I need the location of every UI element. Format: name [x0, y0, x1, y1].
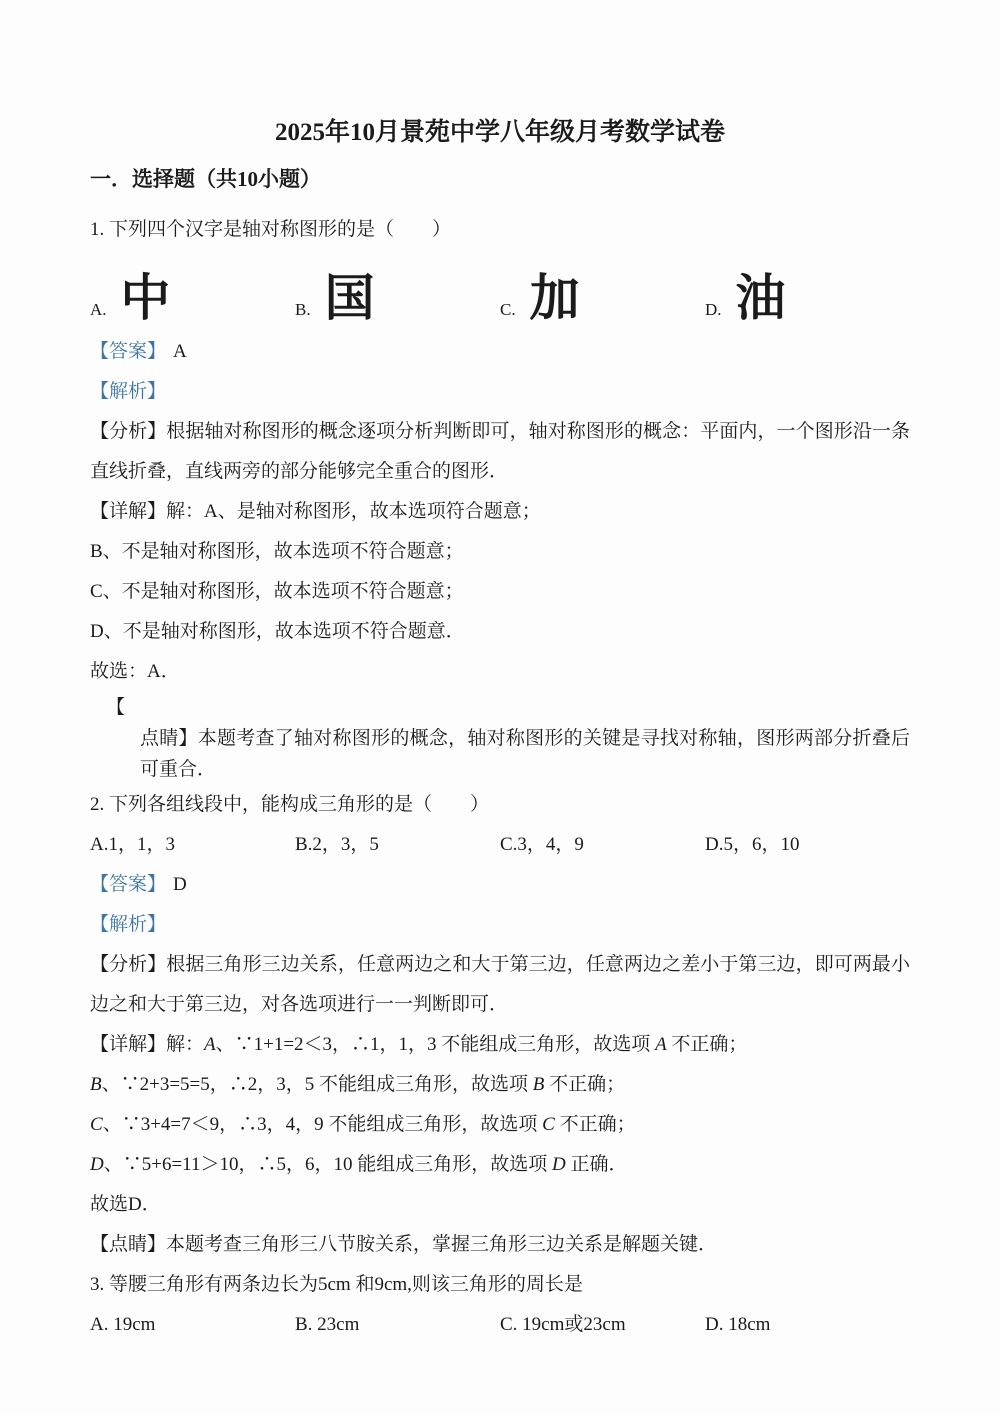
paper-title: 2025年10月景苑中学八年级月考数学试卷: [90, 116, 910, 150]
q2-detail-line-b: B、∵2+3=5=5，∴2，3，5 不能组成三角形，故选项 B 不正确；: [90, 1065, 910, 1105]
q2-option-b: B.2，3，5: [295, 825, 500, 865]
analysis-tag: 【解析】: [90, 914, 166, 935]
q1-answer-value: A: [173, 341, 187, 362]
q2-conclusion: 故选D．: [90, 1185, 910, 1225]
q3-option-a: A. 19cm: [90, 1305, 295, 1345]
q3-option-b: B. 23cm: [295, 1305, 500, 1345]
exam-paper-page: 2025年10月景苑中学八年级月考数学试卷 一．选择题（共10小题） 1. 下列…: [0, 0, 1000, 1414]
q1-option-c-character: 加: [530, 269, 580, 327]
q2-detail-line-d: D、∵5+6=11＞10，∴5，6，10 能组成三角形，故选项 D 正确．: [90, 1145, 910, 1185]
q1-option-b-label: B.: [295, 300, 311, 319]
q1-option-b: B.国: [295, 258, 500, 330]
q2-stem: 2. 下列各组线段中，能构成三角形的是（ ）: [90, 785, 910, 825]
q1-stem: 1. 下列四个汉字是轴对称图形的是（ ）: [90, 210, 910, 250]
q1-option-c: C.加: [500, 258, 705, 330]
q3-options-row: A. 19cm B. 23cm C. 19cm或23cm D. 18cm: [90, 1305, 910, 1345]
q2-option-d: D.5，6，10: [705, 825, 910, 865]
q1-conclusion: 故选：A．: [90, 652, 910, 692]
q1-answer-line: 【答案】A: [90, 332, 910, 372]
q1-option-b-character: 国: [325, 269, 375, 327]
q1-option-a-character: 中: [121, 269, 171, 327]
q2-answer-line: 【答案】D: [90, 865, 910, 905]
q1-option-c-label: C.: [500, 300, 516, 319]
q1-analysis: 【分析】根据轴对称图形的概念逐项分析判断即可，轴对称图形的概念：平面内，一个图形…: [90, 412, 910, 492]
q1-option-d-label: D.: [705, 300, 722, 319]
q2-detail-line-c: C、∵3+4=7＜9，∴3，4，9 不能组成三角形，故选项 C 不正确；: [90, 1105, 910, 1145]
q2-answer-value: D: [173, 874, 187, 895]
q1-options-row: A.中B.国C.加D.油: [90, 258, 910, 322]
answer-tag: 【答案】: [90, 341, 166, 362]
q1-option-a: A.中: [90, 258, 295, 330]
q2-options-row: A.1，1，3 B.2，3，5 C.3，4，9 D.5，6，10: [90, 825, 910, 865]
q1-note-open-bracket: 【: [90, 692, 910, 723]
q1-option-d: D.油: [705, 258, 910, 330]
q3-stem: 3. 等腰三角形有两条边长为5cm 和9cm,则该三角形的周长是: [90, 1265, 910, 1305]
q2-option-a: A.1，1，3: [90, 825, 295, 865]
answer-tag: 【答案】: [90, 874, 166, 895]
q1-analysis-tag-line: 【解析】: [90, 372, 910, 412]
q2-option-c: C.3，4，9: [500, 825, 705, 865]
q2-analysis: 【分析】根据三角形三边关系，任意两边之和大于第三边，任意两边之差小于第三边，即可…: [90, 945, 910, 1025]
q2-detail-line-a: 【详解】解：A、∵1+1=2＜3，∴1，1，3 不能组成三角形，故选项 A 不正…: [90, 1025, 910, 1065]
q2-note: 【点睛】本题考查三角形三八节胺关系，掌握三角形三边关系是解题关键．: [90, 1225, 910, 1265]
section-heading: 一．选择题（共10小题）: [90, 162, 910, 196]
q2-analysis-tag-line: 【解析】: [90, 905, 910, 945]
q1-note: 点睛】本题考查了轴对称图形的概念，轴对称图形的关键是寻找对称轴，图形两部分折叠后…: [90, 723, 910, 785]
q1-option-a-label: A.: [90, 300, 107, 319]
q3-option-d: D. 18cm: [705, 1305, 910, 1345]
q1-detail-line-d: D、不是轴对称图形，故本选项不符合题意．: [90, 612, 910, 652]
q1-detail-line-b: B、不是轴对称图形，故本选项不符合题意；: [90, 532, 910, 572]
q1-option-d-character: 油: [736, 269, 786, 327]
analysis-tag: 【解析】: [90, 381, 166, 402]
q1-detail-line-a: 【详解】解：A、是轴对称图形，故本选项符合题意；: [90, 492, 910, 532]
q1-detail-line-c: C、不是轴对称图形，故本选项不符合题意；: [90, 572, 910, 612]
q3-option-c: C. 19cm或23cm: [500, 1305, 705, 1345]
